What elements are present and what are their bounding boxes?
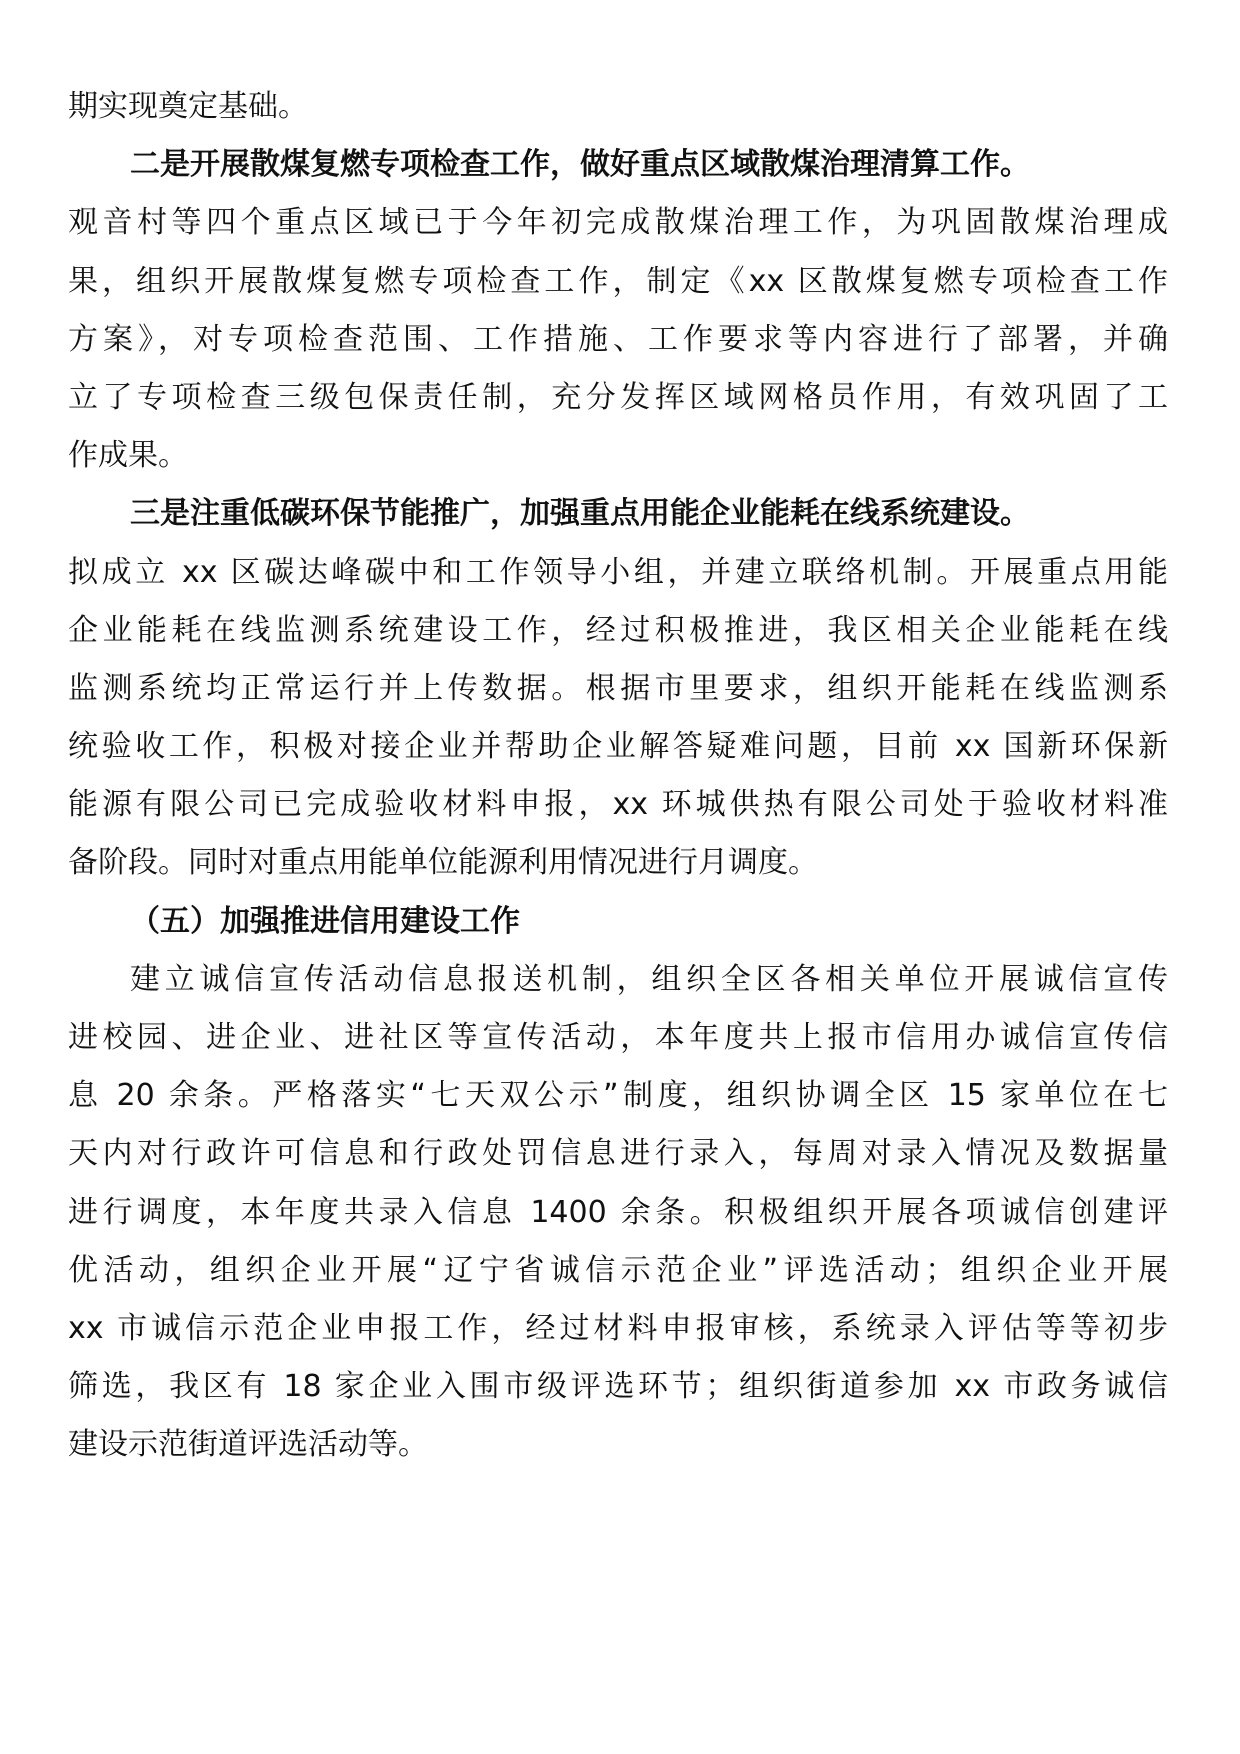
text-line: 建立诚信宣传活动信息报送机制，组织全区各相关单位开展诚信宣传 [68,951,1168,1009]
text-line: 进校园、进企业、进社区等宣传活动，本年度共上报市信用办诚信宣传信 [68,1009,1168,1067]
bold-lead-line: 二是开展散煤复燃专项检查工作，做好重点区域散煤治理清算工作。 [68,136,1168,194]
text-line: 筛选，我区有 18 家企业入围市级评选环节；组织街道参加 xx 市政务诚信 [68,1358,1168,1416]
paragraph-continuation: 期实现奠定基础。 [68,78,1168,136]
document-body: 期实现奠定基础。 二是开展散煤复燃专项检查工作，做好重点区域散煤治理清算工作。 … [68,78,1168,1475]
text-line: 企业能耗在线监测系统建设工作，经过积极推进，我区相关企业能耗在线 [68,602,1168,660]
paragraph-body-energy-monitoring: 拟成立 xx 区碳达峰碳中和工作领导小组，并建立联络机制。开展重点用能 企业能耗… [68,544,1168,893]
text-line: 统验收工作，积极对接企业并帮助企业解答疑难问题，目前 xx 国新环保新 [68,718,1168,776]
text-line: 备阶段。同时对重点用能单位能源利用情况进行月调度。 [68,834,1168,892]
text-line: 监测系统均正常运行并上传数据。根据市里要求，组织开能耗在线监测系 [68,660,1168,718]
text-line: 息 20 余条。严格落实“七天双公示”制度，组织协调全区 15 家单位在七 [68,1067,1168,1125]
section-heading: （五）加强推进信用建设工作 [68,893,1168,951]
text-line: 能源有限公司已完成验收材料申报，xx 环城供热有限公司处于验收材料准 [68,776,1168,834]
text-line: 立了专项检查三级包保责任制，充分发挥区域网格员作用，有效巩固了工 [68,369,1168,427]
text-line: 优活动，组织企业开展“辽宁省诚信示范企业”评选活动；组织企业开展 [68,1242,1168,1300]
document-page: 期实现奠定基础。 二是开展散煤复燃专项检查工作，做好重点区域散煤治理清算工作。 … [0,0,1240,1754]
paragraph-body-coal-inspection: 观音村等四个重点区域已于今年初完成散煤治理工作，为巩固散煤治理成 果，组织开展散… [68,194,1168,485]
text-line: 果，组织开展散煤复燃专项检查工作，制定《xx 区散煤复燃专项检查工作 [68,253,1168,311]
text-line: 作成果。 [68,427,1168,485]
section-heading-credit: （五）加强推进信用建设工作 [68,893,1168,951]
text-line: xx 市诚信示范企业申报工作，经过材料申报审核，系统录入评估等等初步 [68,1300,1168,1358]
text-line: 天内对行政许可信息和行政处罚信息进行录入，每周对录入情况及数据量 [68,1125,1168,1183]
text-line: 期实现奠定基础。 [68,78,1168,136]
bold-lead-line: 三是注重低碳环保节能推广，加强重点用能企业能耗在线系统建设。 [68,485,1168,543]
text-line: 观音村等四个重点区域已于今年初完成散煤治理工作，为巩固散煤治理成 [68,194,1168,252]
text-line: 进行调度，本年度共录入信息 1400 余条。积极组织开展各项诚信创建评 [68,1184,1168,1242]
text-line: 拟成立 xx 区碳达峰碳中和工作领导小组，并建立联络机制。开展重点用能 [68,544,1168,602]
paragraph-lead-2: 二是开展散煤复燃专项检查工作，做好重点区域散煤治理清算工作。 [68,136,1168,194]
paragraph-lead-3: 三是注重低碳环保节能推广，加强重点用能企业能耗在线系统建设。 [68,485,1168,543]
text-line: 方案》，对专项检查范围、工作措施、工作要求等内容进行了部署，并确 [68,311,1168,369]
text-line: 建设示范街道评选活动等。 [68,1416,1168,1474]
paragraph-body-credit: 建立诚信宣传活动信息报送机制，组织全区各相关单位开展诚信宣传 进校园、进企业、进… [68,951,1168,1475]
